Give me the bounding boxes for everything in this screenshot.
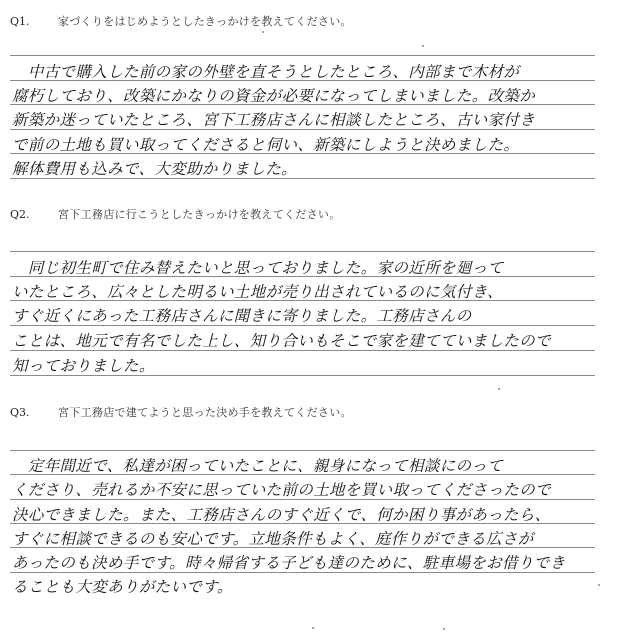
handwritten-line: すぐ近くにあった工務店さんに聞きに寄りました。工務店さんの [12, 304, 600, 326]
ruled-line [10, 499, 595, 500]
handwritten-line: あったのも決め手です。時々帰省する子ども達のために、駐車場をお借りでき [12, 551, 600, 573]
ruled-line [10, 572, 595, 573]
ruled-line [10, 523, 595, 524]
handwritten-line: 解体費用も込みで、大変助かりました。 [12, 157, 600, 179]
question-3: Q3. 宮下工務店で建てようと思った決め手を教えてください。 [10, 404, 352, 420]
handwritten-line: ことは、地元で有名でした上し、知り合いもそこで家を建てていましたので [12, 329, 600, 351]
handwritten-line: すぐに相談できるのも安心です。立地条件もよく、庭作りができる広さが [12, 527, 600, 549]
scan-speck [598, 584, 600, 586]
question-text: 宮下工務店に行こうとしたきっかけを教えてください。 [58, 206, 341, 222]
handwritten-line: 決心できました。また、工務店さんのすぐ近くで、何か困り事があったら、 [12, 503, 600, 525]
question-number: Q1. [10, 15, 58, 28]
scan-speck [443, 628, 445, 630]
ruled-line [10, 251, 595, 252]
question-2: Q2. 宮下工務店に行こうとしたきっかけを教えてください。 [10, 206, 341, 222]
handwritten-line: いたところ、広々とした明るい土地が売り出されているのに気付き、 [12, 280, 600, 302]
ruled-line [10, 153, 595, 154]
scan-speck [422, 45, 424, 47]
ruled-line [10, 350, 595, 351]
ruled-line [10, 80, 595, 81]
question-number: Q2. [10, 208, 58, 221]
ruled-line [10, 129, 595, 130]
question-1: Q1. 家づくりをはじめようとしたきっかけを教えてください。 [10, 13, 352, 29]
handwritten-line: 新築か迷っていたところ、宮下工務店さんに相談したところ、古い家付き [12, 108, 600, 130]
question-number: Q3. [10, 406, 58, 419]
scan-speck [262, 31, 264, 33]
handwritten-line: 腐朽しており、改築にかなりの資金が必要になってしまいました。改築か [12, 84, 600, 106]
handwritten-line: で前の土地も買い取ってくださると伺い、新築にしようと決めました。 [12, 133, 600, 155]
scan-speck [498, 388, 500, 390]
question-text: 宮下工務店で建てようと思った決め手を教えてください。 [58, 404, 352, 420]
ruled-line [10, 325, 595, 326]
ruled-line [10, 55, 595, 56]
ruled-line [10, 547, 595, 548]
handwritten-line: 同じ初生町で住み替えたいと思っておりました。家の近所を廻って [12, 256, 600, 278]
ruled-line [10, 450, 595, 451]
question-text: 家づくりをはじめようとしたきっかけを教えてください。 [58, 13, 352, 29]
handwritten-line: ることも大変ありがたいです。 [12, 575, 600, 597]
handwritten-line: くださり、売れるか不安に思っていた前の土地を買い取ってくださったので [12, 478, 600, 500]
scan-speck [312, 627, 314, 629]
ruled-line [10, 375, 595, 376]
ruled-line [10, 474, 595, 475]
handwritten-line: 中古で購入した前の家の外壁を直そうとしたところ、内部まで木材が [12, 60, 600, 82]
ruled-line [10, 178, 595, 179]
handwritten-line: 定年間近で、私達が困っていたことに、親身になって相談にのって [12, 454, 600, 476]
handwritten-line: 知っておりました。 [12, 354, 600, 376]
ruled-line [10, 104, 595, 105]
ruled-line [10, 276, 595, 277]
ruled-line [10, 300, 595, 301]
